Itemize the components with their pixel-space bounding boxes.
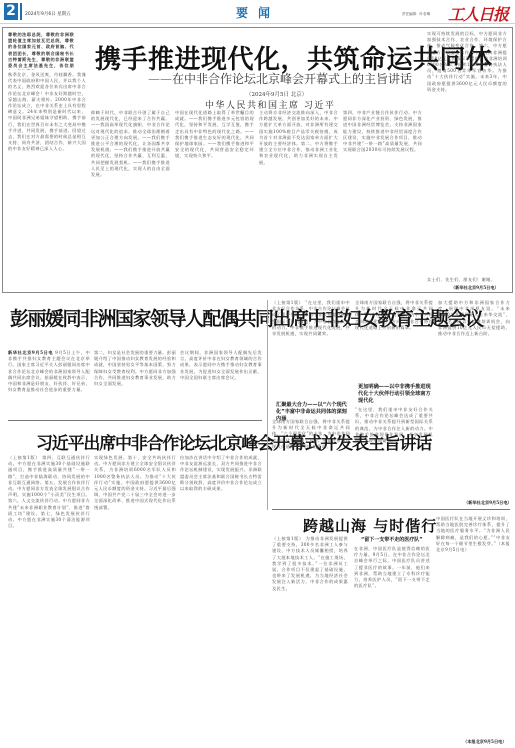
- cont-column-1: （上接第1版） “在这里，我们重申中非友好合作关系，中非合作论坛峰会达成了重要共…: [272, 300, 350, 398]
- peng-column-1-text: 9月5日上午，中非携手共推妇女教育主题会议在北京举行。国家主席习近平夫人彭丽媛同…: [8, 350, 90, 392]
- issue-date: 2024年9月6日 星期五: [25, 11, 71, 17]
- cont-column-1-text: “在这里，我们重申中非友好合作关系，中非合作论坛峰会达成了重要共识，推动中非关系…: [272, 300, 350, 336]
- page-number: 2: [4, 3, 18, 20]
- masthead: 2 2024年9月6日 星期五 要闻 责任编辑：叶若琳 工人日报: [0, 0, 515, 24]
- xi-column-2: 实现绿色发展。第十，安全共筑伙伴行动。中方愿同非方建立全球安全倡议伙伴关系，为非…: [94, 455, 176, 745]
- cont-column-2b: “在这里，我们重申中非友好合作关系，中非合作论坛峰会达成了重要共识，推动中非关系…: [355, 407, 433, 507]
- lead-greeting: 尊敬的法耶总统，尊敬的非洲联盟轮值主席加兹瓦尼总统，尊敬的各位国家元首、政府首脑…: [8, 32, 74, 70]
- cross-column-2: 在非洲，中国医疗队是值得信赖的医疗力量。9月5日，在中非合作论坛北京峰会举行之际…: [354, 546, 430, 745]
- divider-vertical-mid: [267, 300, 268, 510]
- peng-column-3: 会议期间，非洲国家领导人配偶先后发言，高度评价中非在妇女教育领域的合作成果，表示…: [180, 350, 262, 416]
- divider-cont-cross: [272, 509, 510, 510]
- lead-closing: 女士们、先生们、朋友们！谢谢。: [427, 277, 507, 284]
- cont-subhead-2: 更加明确——以中非携手推进现代化十大伙伴行动引领全球南方现代化: [358, 384, 434, 405]
- peng-column-2: 第二，妇女是社会发展的重要力量。彭丽媛介绍了中国推动妇女教育发展的经验和成就，中…: [94, 350, 176, 416]
- cross-column-3: 中国医疗队在当地开展义诊和培训，帮助当地医院完善诊疗体系，提升了当地的医疗服务水…: [436, 516, 510, 738]
- lead-column-1: 秋季北京，金风送爽，丹桂飘香。我谨代表中国政府和中国人民，并以我个人的名义，热烈…: [8, 72, 86, 288]
- cross-column-1-text: 为推动非洲发展提供了重要支持，300多名非洲工人参与建设，中方技术人员倾囊相授，…: [272, 536, 348, 591]
- lead-article-subtitle: ——在中非合作论坛北京峰会开幕式上的主旨讲话: [148, 70, 412, 87]
- newspaper-logo: 工人日报: [448, 2, 508, 25]
- xi-column-1-text: 第四，互联互通伙伴行动。中方愿在非洲实施30个基础设施联通项目，携手推进高质量共…: [8, 455, 90, 528]
- divider-peng-xi: [8, 420, 262, 421]
- cont-column-3: 加大援助中方和非洲国家合作力度，展现中非深厚友谊。“未来1000名非洲政党人士来…: [438, 300, 510, 500]
- editor-credit: 责任编辑：叶若琳: [402, 12, 430, 17]
- cont-column-1b: 全球南方国家联合自强，将中非关系提升为新时代全天候中非命运共同体。“六个现代化”…: [272, 419, 350, 507]
- xi-continued-label: （上接第1版）: [8, 455, 40, 460]
- cross-subhead: “留下一支带不走的医疗队”: [361, 536, 423, 543]
- section-title: 要闻: [236, 4, 280, 21]
- cont-continued-label: （上接第1版）: [272, 300, 303, 305]
- peng-column-1: 新华社北京9月5日电 9月5日上午，中非携手共推妇女教育主题会议在北京举行。国家…: [8, 350, 90, 416]
- lead-column-6: 实现可持续发展的目标，中方愿同非方加强技术合作、农业合作、环境保护合作，推动气候…: [427, 31, 507, 277]
- cross-credit: （本报北京9月5日电）: [463, 739, 507, 745]
- lead-column-5: 第四，中非产业链合作伙伴行动。中方愿同非方深化产业投资、绿色发展，推进中国非洲经…: [343, 110, 422, 288]
- cross-continued-label: （上接第1版）: [272, 536, 304, 541]
- lead-article-dateline: （2024年9月5日 北京）: [246, 90, 307, 98]
- lead-credit: （新华社北京9月5日电）: [451, 285, 499, 291]
- cont-credit: （新华社北京9月5日电）: [464, 500, 512, 506]
- cross-column-1: （上接第1版） 为推动非洲发展提供了重要支持，300多名非洲工人参与建设，中方技…: [272, 536, 348, 745]
- lead-column-2: 仰赖于时代，中非联合开创了属于自己的发展现代化，已经迎来了合作共赢。——我国高举…: [91, 110, 170, 288]
- xi-column-3: 拉加沙在讲话中介绍了中非合作的成就，中非友谊源远流长，双方共同推进中非合作论坛机…: [180, 455, 262, 745]
- xi-column-1: （上接第1版） 第四，互联互通伙伴行动。中方愿在非洲实施30个基础设施联通项目，…: [8, 455, 90, 745]
- peng-lead: 新华社北京9月5日电: [8, 350, 53, 355]
- cont-column-2: 全球南方国家联合自强，将中非关系提升为新时代全天候中非命运共同体。“六个现代化”…: [355, 300, 433, 382]
- cross-article-title: 跨越山海 与时偕行: [303, 515, 437, 536]
- page-number-bar: [20, 3, 22, 20]
- lead-column-3: 中国在现代化道路上取得了举世瞩目的成就。——我们携手推进多元包容的现代化，坚持和…: [175, 110, 254, 288]
- lead-column-4: 主动将京非经济交流推向深入，中非合作跨越发展，共创更加美好的未来。中方愿扩大单方…: [259, 110, 338, 288]
